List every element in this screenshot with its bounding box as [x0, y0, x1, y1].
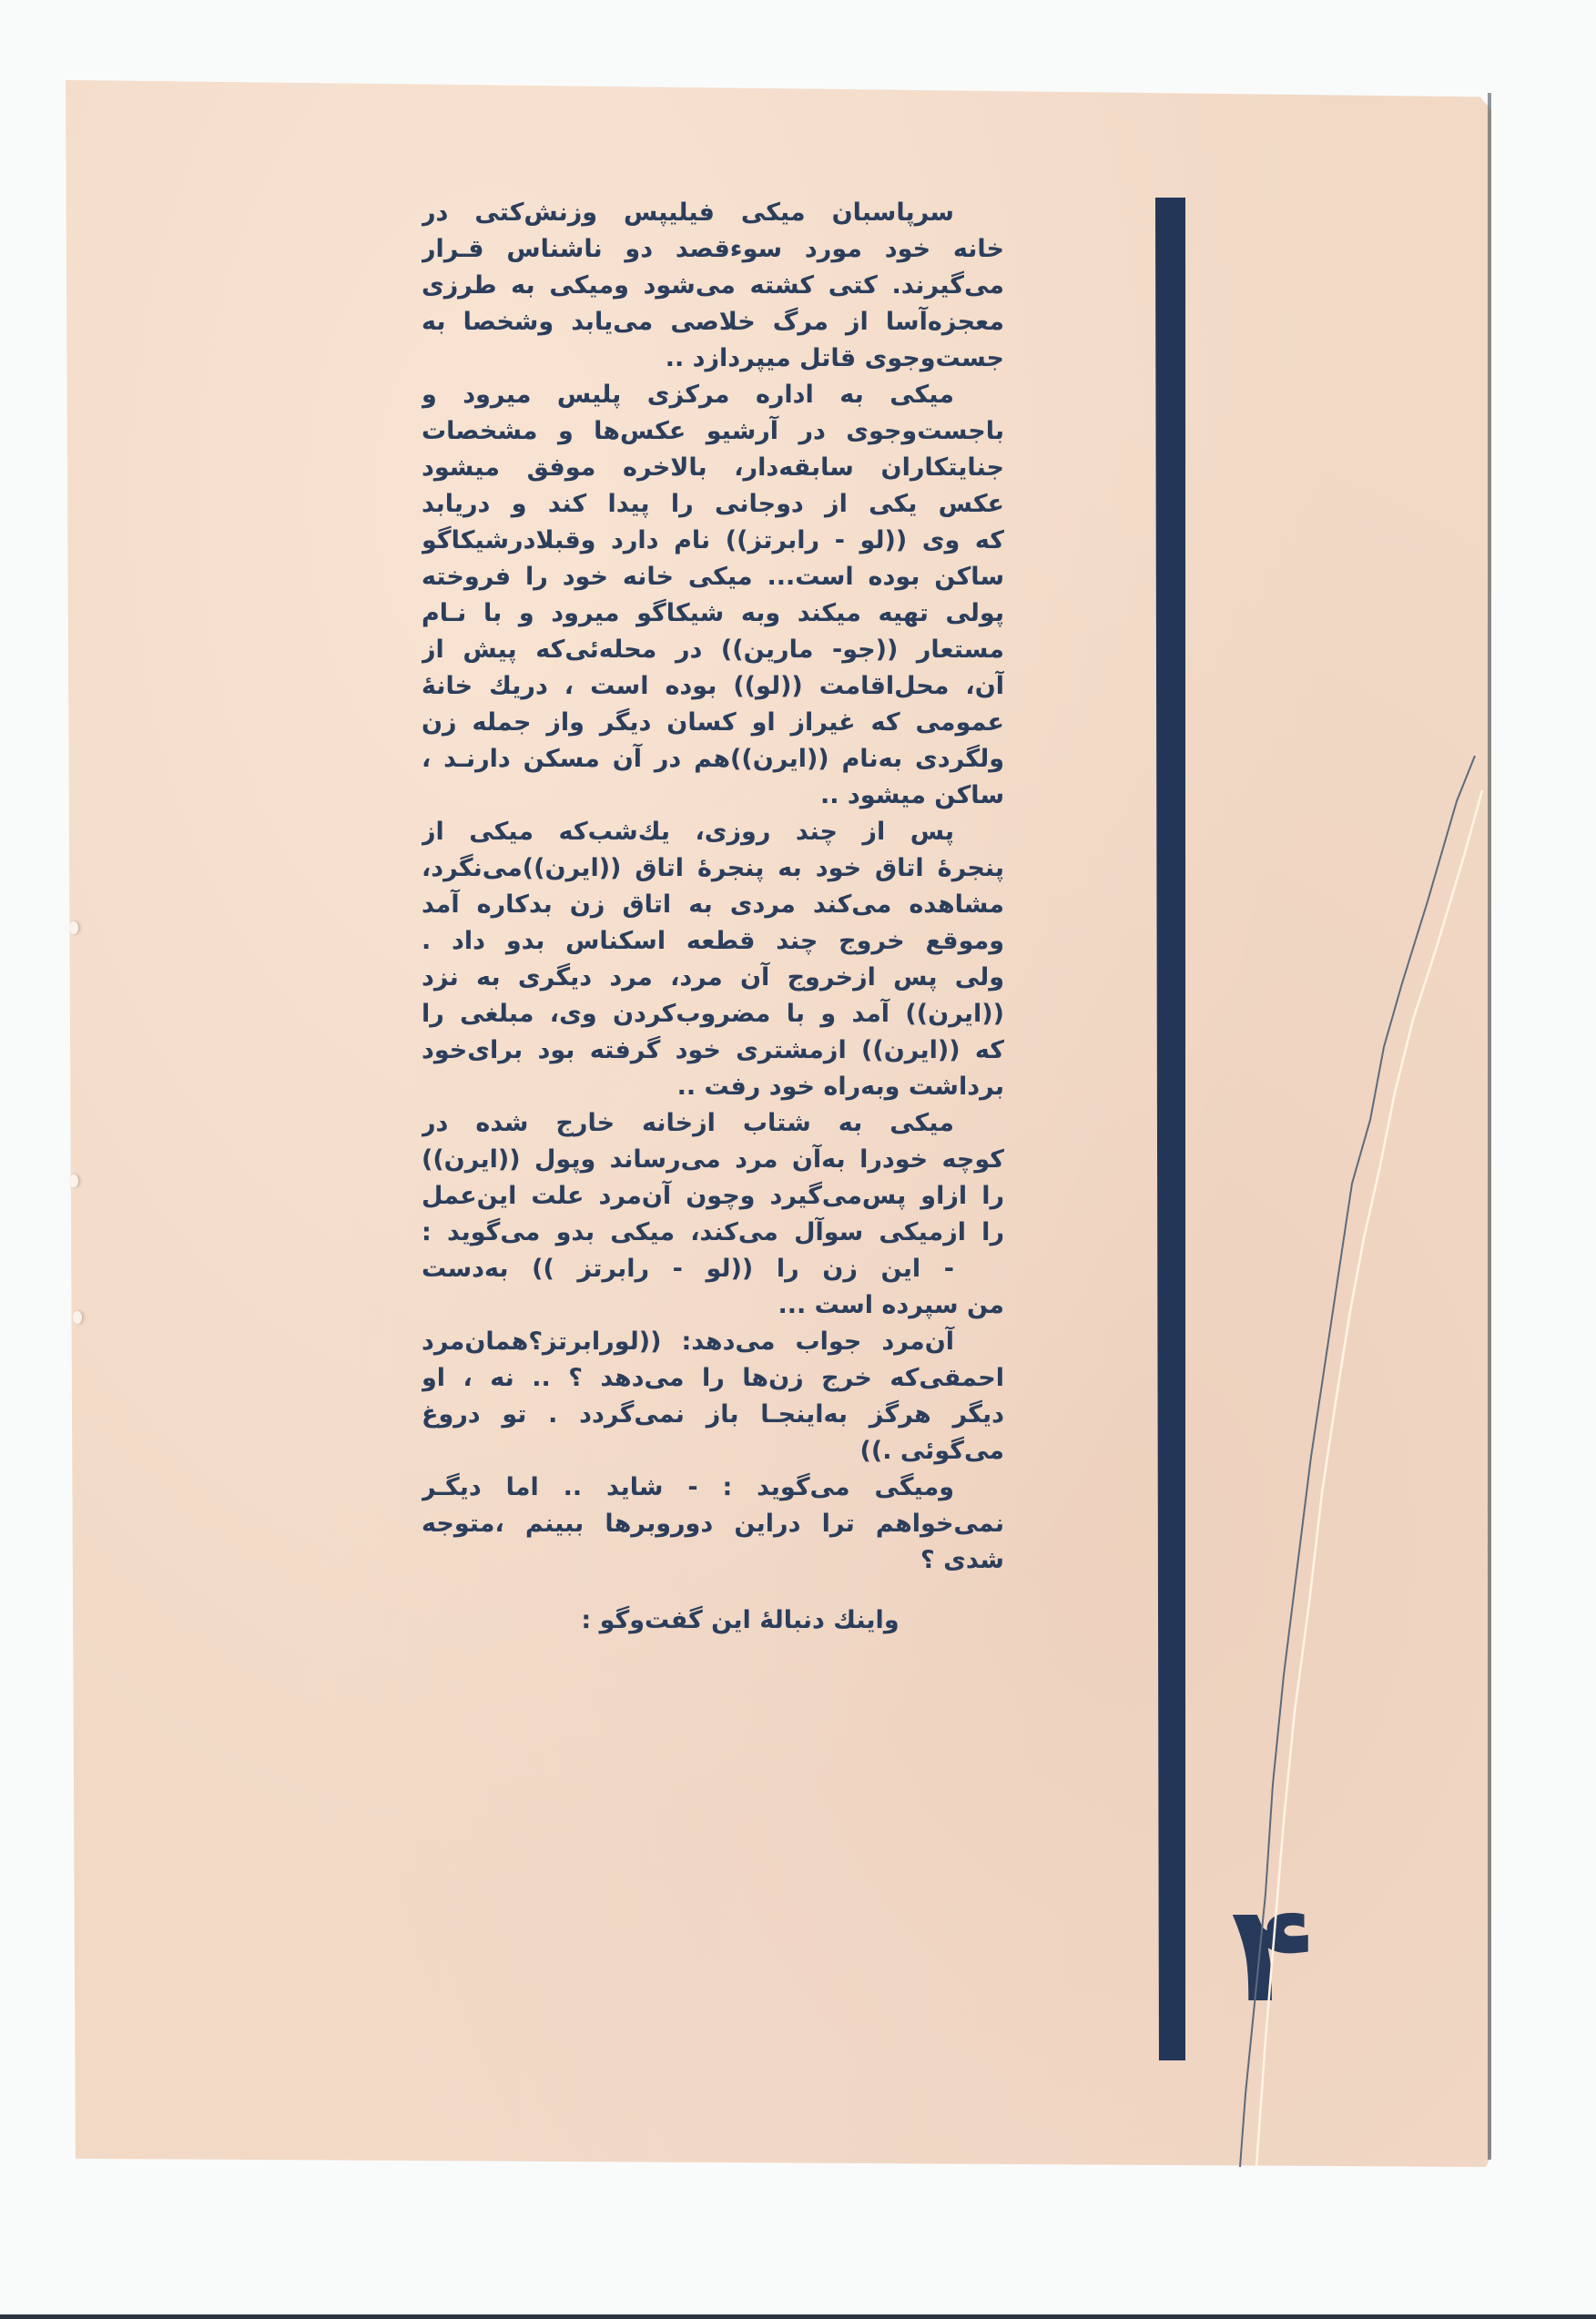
- page-number: ۴: [1231, 1887, 1313, 2021]
- text-line: وموقع خروج چند قطعه اسکناس بدو داد .: [422, 923, 1004, 960]
- text-line: معجزه‌آسا از مرگ خلاصی می‌یابد وشخصا به: [422, 304, 1004, 341]
- article-body: سرپاسبان میکی فیلیپس وزنش‌کتی در خانه خو…: [422, 195, 1004, 1639]
- text-line: را ازمیکی سوآل می‌کند، میکی بدو می‌گوید …: [422, 1215, 1004, 1251]
- text-line: - این زن را ((لو - رابرتز )) به‌دست: [422, 1251, 1004, 1287]
- text-line: مشاهده می‌کند مردی به اتاق زن بدکاره آمد: [422, 887, 1004, 923]
- paragraph: میکی به اداره مرکزی پلیس میرود و باجست‌و…: [422, 377, 1004, 814]
- paragraph: میکی به شتاب ازخانه خارج شده در کوچه خود…: [422, 1105, 1004, 1251]
- text-line: میکی به اداره مرکزی پلیس میرود و: [422, 377, 1004, 413]
- text-line: که ((ایرن)) ازمشتری خود گرفته بود برای‌خ…: [422, 1032, 1004, 1069]
- text-line: عکس یکی از دوجانی را پیدا کند و دریابد: [422, 486, 1004, 523]
- closing-line: واینك دنبالهٔ این گفت‌وگو :: [422, 1602, 1004, 1639]
- text-line: برداشت وبه‌راه خود رفت ..: [422, 1069, 1004, 1105]
- text-line: پس از چند روزی، یك‌شب‌که میکی از: [422, 814, 1004, 850]
- decorative-vertical-bar: [1155, 198, 1185, 2060]
- text-line: باجست‌وجوی در آرشیو عکس‌ها و مشخصات: [422, 413, 1004, 450]
- staple-hole: [73, 1311, 82, 1324]
- paragraph: ومیگی می‌گوید : - شاید .. اما دیگـر نمی‌…: [422, 1470, 1004, 1579]
- text-line: می‌گوئی .)): [422, 1433, 1004, 1470]
- text-line: ((ایرن)) آمد و با مضروب‌کردن وی، مبلغی ر…: [422, 996, 1004, 1032]
- text-line: دیگر هرگز به‌اینجـا باز نمی‌گردد . تو در…: [422, 1397, 1004, 1433]
- text-line: ولگردی به‌نام ((ایرن))هم در آن مسکن دارن…: [422, 741, 1004, 778]
- paragraph: پس از چند روزی، یك‌شب‌که میکی از پنجرهٔ …: [422, 814, 1004, 1105]
- text-line: عمومی که غیراز او کسان دیگر واز جمله زن: [422, 705, 1004, 741]
- text-line: شدی ؟: [422, 1542, 1004, 1579]
- text-line: نمی‌خواهم ترا دراین دوروبرها ببینم ،متوج…: [422, 1506, 1004, 1542]
- text-line: آن، محل‌اقامت ((لو)) بوده است ، دریك خان…: [422, 668, 1004, 705]
- text-line: ساکن بوده است... میکی خانه خود را فروخته: [422, 559, 1004, 595]
- paragraph: سرپاسبان میکی فیلیپس وزنش‌کتی در خانه خو…: [422, 195, 1004, 377]
- paragraph-dialogue: - این زن را ((لو - رابرتز )) به‌دست من س…: [422, 1251, 1004, 1324]
- text-line: من سپرده است ...: [422, 1287, 1004, 1324]
- text-line: خانه خود مورد سوءقصد دو ناشناس قـرار: [422, 231, 1004, 268]
- scanner-edge: [0, 2314, 1596, 2319]
- text-line: سرپاسبان میکی فیلیپس وزنش‌کتی در: [422, 195, 1004, 231]
- text-line: ساکن میشود ..: [422, 778, 1004, 814]
- text-line: آن‌مرد جواب می‌دهد: ((لورابرتز؟همان‌مرد: [422, 1324, 1004, 1360]
- text-line: کوچه خودرا به‌آن مرد می‌رساند وپول ((ایر…: [422, 1142, 1004, 1178]
- text-line: ومیگی می‌گوید : - شاید .. اما دیگـر: [422, 1470, 1004, 1506]
- staple-hole: [69, 921, 78, 934]
- text-line: می‌گیرند. کتی کشته می‌شود ومیکی به طرزی: [422, 268, 1004, 304]
- text-line: ولی پس ازخروج آن مرد، مرد دیگری به نزد: [422, 960, 1004, 996]
- text-line: احمقی‌که خرج زن‌ها را می‌دهد ؟ .. نه ، ا…: [422, 1360, 1004, 1397]
- text-line: پنجرهٔ اتاق خود به پنجرهٔ اتاق ((ایرن))م…: [422, 850, 1004, 887]
- text-line: را ازاو پس‌می‌گیرد وچون آن‌مرد علت این‌ع…: [422, 1178, 1004, 1215]
- paper-edge-shadow: [1488, 93, 1491, 2160]
- text-line: مستعار ((جو- مارین)) در محله‌ئی‌که پیش ا…: [422, 632, 1004, 668]
- text-line: پولی تهیه میکند وبه شیکاگو میرود و با نـ…: [422, 595, 1004, 632]
- text-line: میکی به شتاب ازخانه خارج شده در: [422, 1105, 1004, 1142]
- paragraph: آن‌مرد جواب می‌دهد: ((لورابرتز؟همان‌مرد …: [422, 1324, 1004, 1470]
- text-line: که وی ((لو - رابرتز)) نام دارد وقبلادرشی…: [422, 523, 1004, 559]
- text-line: جست‌وجوی قاتل میپردازد ..: [422, 341, 1004, 377]
- text-line: جنایتکاران سابقه‌دار، بالاخره موفق میشود: [422, 450, 1004, 486]
- staple-hole: [69, 1175, 78, 1187]
